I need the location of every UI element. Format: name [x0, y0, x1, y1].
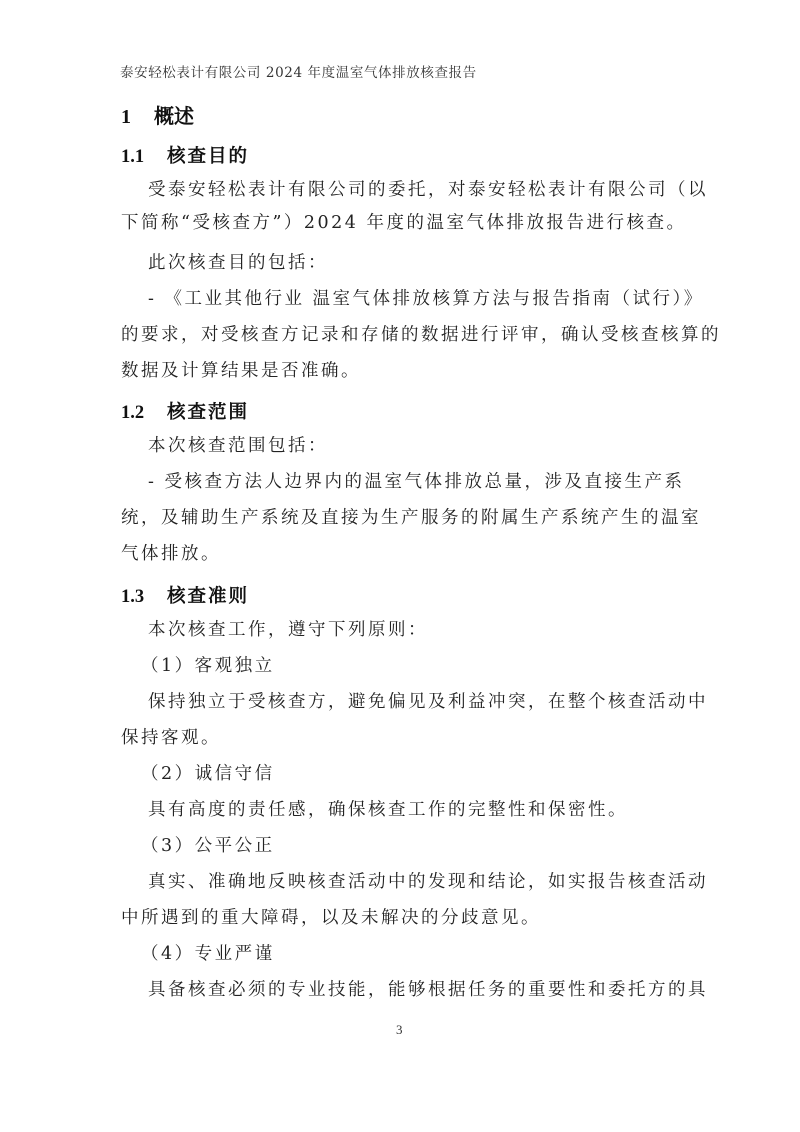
- paragraph-line: 具备核查必须的专业技能，能够根据任务的重要性和委托方的具: [121, 972, 681, 1008]
- paragraph-line: 此次核查目的包括：: [121, 245, 681, 281]
- paragraph-line: 气体排放。: [121, 536, 681, 572]
- paragraph-line: - 《工业其他行业 温室气体排放核算方法与报告指南（试行）》: [121, 281, 681, 317]
- paragraph-line: 具有高度的责任感，确保核查工作的完整性和保密性。: [121, 792, 681, 828]
- paragraph-line: 统，及辅助生产系统及直接为生产服务的附属生产系统产生的温室: [121, 500, 681, 536]
- paragraph-line: 数据及计算结果是否准确。: [121, 353, 681, 389]
- section-number: 1: [121, 106, 154, 129]
- section-title: 核查范围: [167, 402, 249, 423]
- paragraph-line: 保持客观。: [121, 720, 681, 756]
- principle-heading: （4）专业严谨: [121, 936, 681, 972]
- paragraph-line: 保持独立于受核查方，避免偏见及利益冲突，在整个核查活动中: [121, 684, 681, 720]
- section-heading-1-1: 1.1核查目的: [121, 142, 681, 168]
- section-number: 1.2: [121, 403, 167, 424]
- paragraph-line: 中所遇到的重大障碍，以及未解决的分歧意见。: [121, 900, 681, 936]
- section-title: 核查目的: [167, 146, 249, 167]
- paragraph-line: 受泰安轻松表计有限公司的委托，对泰安轻松表计有限公司（以: [121, 172, 681, 208]
- principle-heading: （3）公平公正: [121, 828, 681, 864]
- paragraph-line: - 受核查方法人边界内的温室气体排放总量，涉及直接生产系: [121, 464, 681, 500]
- principle-heading: （1）客观独立: [121, 648, 681, 684]
- section-heading-1-3: 1.3核查准则: [121, 582, 681, 608]
- section-title: 概述: [154, 104, 194, 128]
- section-1-1-body: 受泰安轻松表计有限公司的委托，对泰安轻松表计有限公司（以 下简称“受核查方”）2…: [121, 172, 681, 389]
- paragraph-line: 下简称“受核查方”）2024 年度的温室气体排放报告进行核查。: [121, 205, 681, 241]
- paragraph-line: 真实、准确地反映核查活动中的发现和结论，如实报告核查活动: [121, 864, 681, 900]
- section-number: 1.1: [121, 147, 167, 168]
- section-1-3-body: 本次核查工作，遵守下列原则： （1）客观独立 保持独立于受核查方，避免偏见及利益…: [121, 612, 681, 1008]
- principle-heading: （2）诚信守信: [121, 756, 681, 792]
- section-title: 核查准则: [167, 586, 249, 607]
- section-number: 1.3: [121, 587, 167, 608]
- paragraph-line: 本次核查范围包括：: [121, 428, 681, 464]
- paragraph-line: 本次核查工作，遵守下列原则：: [121, 612, 681, 648]
- section-1-2-body: 本次核查范围包括： - 受核查方法人边界内的温室气体排放总量，涉及直接生产系 统…: [121, 428, 681, 572]
- paragraph-line: 的要求，对受核查方记录和存储的数据进行评审，确认受核查核算的: [121, 317, 681, 353]
- section-heading-1-2: 1.2核查范围: [121, 398, 681, 424]
- running-header: 泰安轻松表计有限公司 2024 年度温室气体排放核查报告: [120, 61, 477, 81]
- document-page: 泰安轻松表计有限公司 2024 年度温室气体排放核查报告 1概述 1.1核查目的…: [0, 0, 800, 1132]
- page-number: 3: [396, 1022, 403, 1038]
- section-heading-1: 1概述: [121, 100, 681, 129]
